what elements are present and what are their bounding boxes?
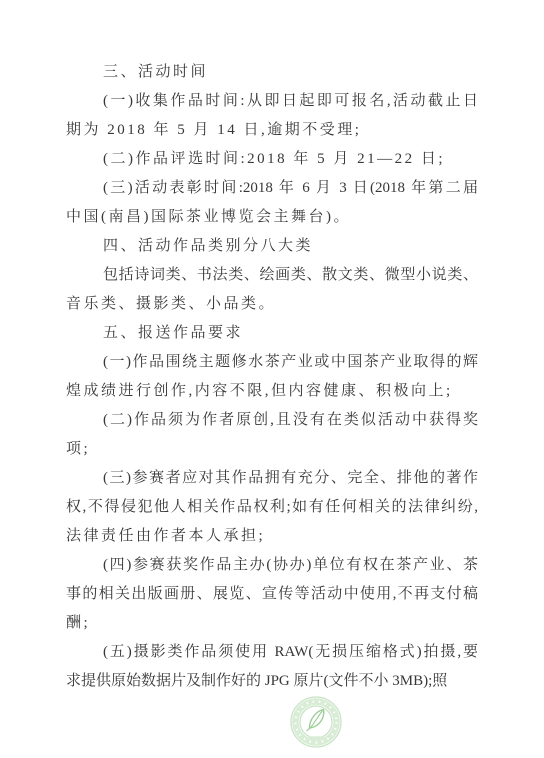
paragraph-line: 事的相关出版画册、展览、宣传等活动中使用,不再支付稿 <box>66 580 478 609</box>
seal-banner <box>309 736 324 739</box>
paragraph-line: (二)作品评选时间:2018 年 5 月 21—22 日; <box>66 145 478 174</box>
document-body: 三、活动时间(一)收集作品时间:从即日起即可报名,活动截止日期为 2018 年 … <box>66 58 478 696</box>
paragraph-line: (一)收集作品时间:从即日起即可报名,活动截止日 <box>66 87 478 116</box>
paragraph-line: 期为 2018 年 5 月 14 日,逾期不受理; <box>66 116 478 145</box>
paragraph-line: (三)活动表彰时间:2018 年 6 月 3 日(2018 年第二届 <box>66 174 478 203</box>
paragraph-line: 中国(南昌)国际茶业博览会主舞台)。 <box>66 203 478 232</box>
paragraph-line: 求提供原始数据片及制作好的 JPG 原片(文件不小 3MB);照 <box>66 667 478 696</box>
section-heading: 五、报送作品要求 <box>66 319 478 348</box>
paragraph-line: 法律责任由作者本人承担; <box>66 522 478 551</box>
section-heading: 三、活动时间 <box>66 58 478 87</box>
paragraph-line: 煌成绩进行创作,内容不限,但内容健康、积极向上; <box>66 377 478 406</box>
paragraph-line: (二)作品须为作者原创,且没有在类似活动中获得奖 <box>66 406 478 435</box>
paragraph-line: (一)作品围绕主题修水茶产业或中国茶产业取得的辉 <box>66 348 478 377</box>
seal-inner-ring <box>300 706 332 738</box>
paragraph-line: 音乐类、摄影类、小品类。 <box>66 290 478 319</box>
leaf-seal-watermark <box>290 696 342 748</box>
paragraph-line: 包括诗词类、书法类、绘画类、散文类、微型小说类、 <box>66 261 478 290</box>
paragraph-line: (三)参赛者应对其作品拥有充分、完全、排他的著作 <box>66 464 478 493</box>
document-page: 三、活动时间(一)收集作品时间:从即日起即可报名,活动截止日期为 2018 年 … <box>0 0 544 758</box>
paragraph-line: (五)摄影类作品须使用 RAW(无损压缩格式)拍摄,要 <box>66 638 478 667</box>
section-heading: 四、活动作品类别分八大类 <box>66 232 478 261</box>
paragraph-line: 权,不得侵犯他人相关作品权利;如有任何相关的法律纠纷, <box>66 493 478 522</box>
paragraph-line: 酬; <box>66 609 478 638</box>
paragraph-line: (四)参赛获奖作品主办(协办)单位有权在茶产业、茶 <box>66 551 478 580</box>
paragraph-line: 项; <box>66 435 478 464</box>
